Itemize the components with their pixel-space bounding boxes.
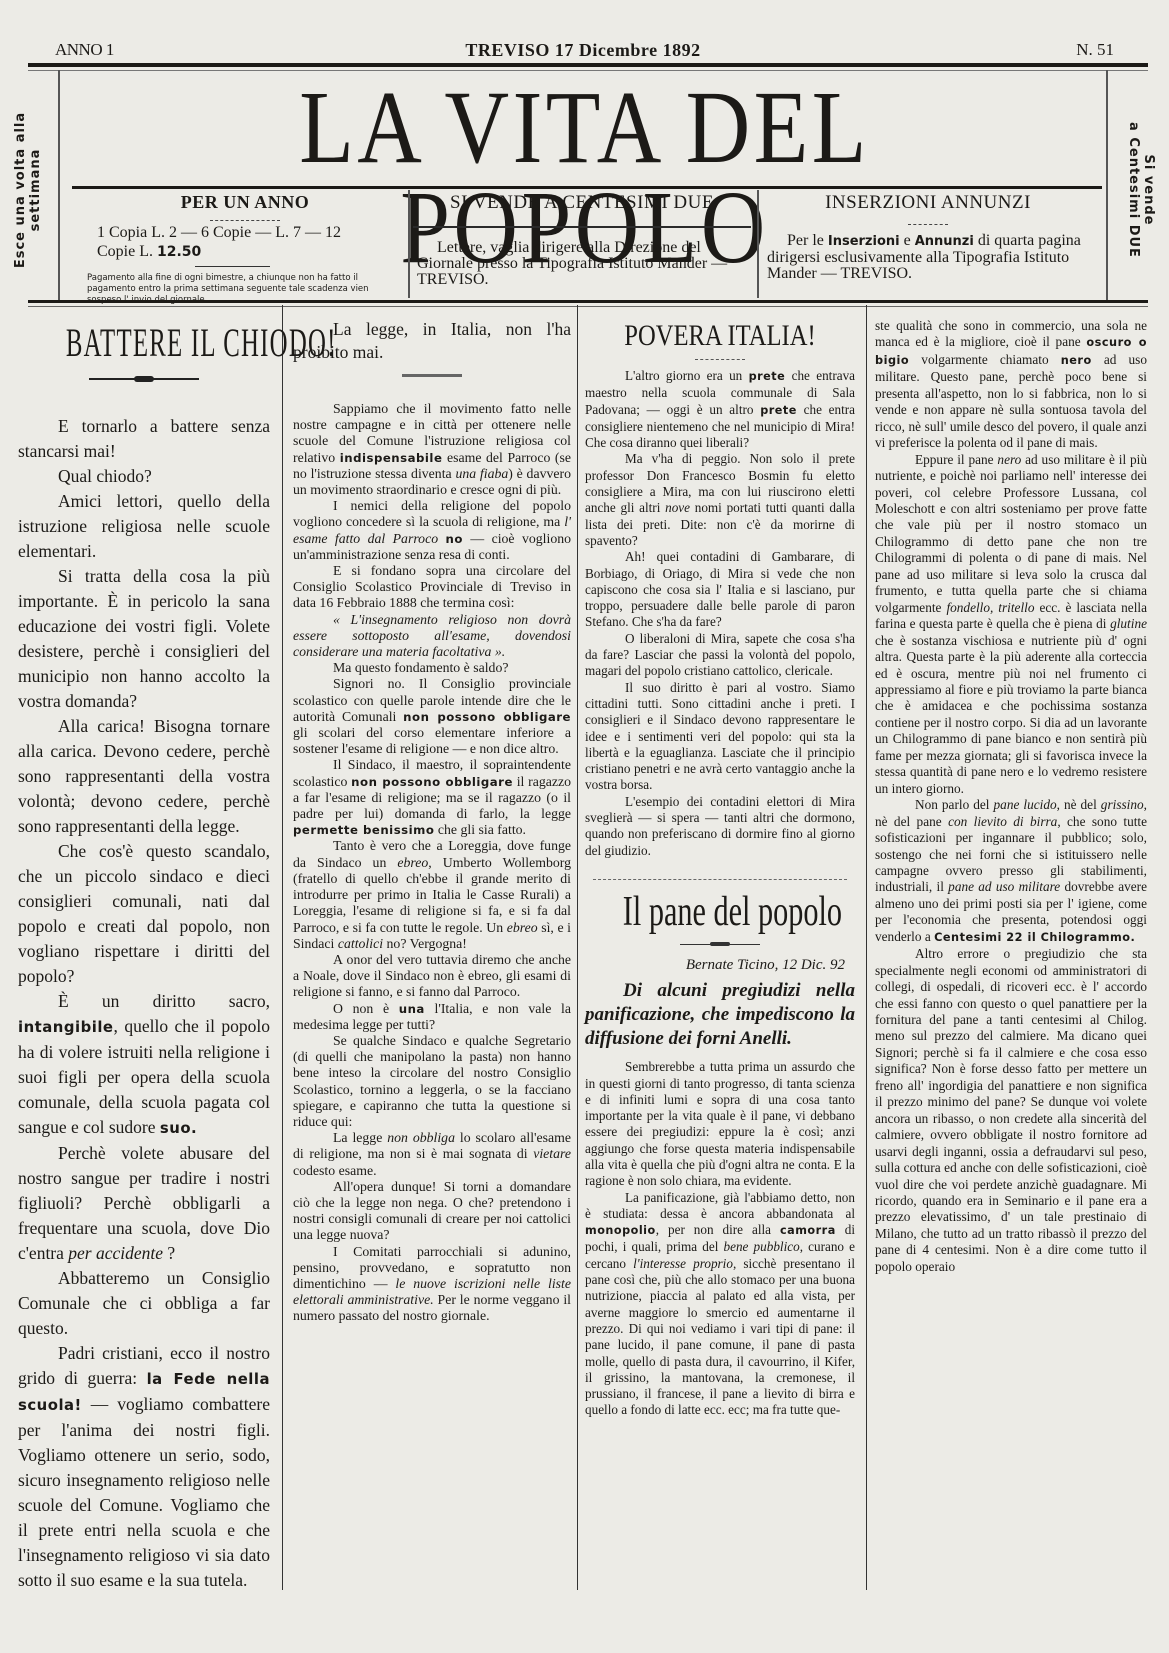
article-dateline: Bernate Ticino, 12 Dic. 92 bbox=[585, 957, 855, 973]
paragraph: Signori no. Il Consiglio provinciale sco… bbox=[293, 676, 571, 757]
column-separator bbox=[577, 305, 578, 1590]
paragraph: Sappiamo che il movimento fatto nelle no… bbox=[293, 401, 571, 498]
article-title: Il pane del popolo bbox=[623, 888, 817, 936]
info-divider-2 bbox=[757, 190, 759, 298]
title-underline bbox=[72, 186, 1102, 189]
ads-bold-term: Inserzioni bbox=[828, 234, 900, 249]
paragraph: Che cos'è questo scandalo, che un piccol… bbox=[18, 839, 270, 989]
italic-text: nero bbox=[997, 452, 1021, 467]
paragraph: I nemici della religione del popolo vogl… bbox=[293, 498, 571, 563]
paragraph: Ma v'ha di peggio. Non solo il prete pro… bbox=[585, 451, 855, 549]
ads-text: Per le Inserzioni e Annunzi di quarta pa… bbox=[763, 233, 1093, 282]
text: che gli sia fatto. bbox=[438, 822, 526, 837]
side-note-left-line1: Esce una volta alla bbox=[13, 112, 28, 268]
masthead-bottom-rule bbox=[28, 300, 1148, 303]
italic-text: glutine bbox=[1110, 616, 1147, 631]
text: ad uso militare è il più nutriente, e po… bbox=[875, 452, 1147, 615]
italic-text: vietare bbox=[533, 1146, 571, 1161]
italic-text: « L'insegnamento religioso non dovrà ess… bbox=[293, 612, 571, 659]
article-povera-italia: POVERA ITALIA! L'altro giorno era un pre… bbox=[585, 318, 855, 1419]
ornament-divider bbox=[89, 378, 199, 380]
bold-text: permette benissimo bbox=[293, 823, 434, 837]
paragraph: E si fondano sopra una circolare del Con… bbox=[293, 563, 571, 612]
side-note-right: Si vendea Centesimi DUE bbox=[1121, 80, 1161, 300]
subscription-prices: 1 Copia L. 2 — 6 Copie — L. 7 — 12 Copie… bbox=[85, 223, 405, 262]
price-line-1: 1 Copia L. 2 — 6 Copie — L. 7 — 12 bbox=[97, 224, 341, 241]
paragraph: Si tratta della cosa la più importante. … bbox=[18, 564, 270, 714]
paragraph: Perchè volete abusare del nostro sangue … bbox=[18, 1141, 270, 1266]
text: I nemici della religione del popolo vogl… bbox=[293, 498, 571, 529]
price-line-2-prefix: Copie L. bbox=[97, 243, 153, 260]
article-continuation-col2: La legge, in Italia, non l'ha proibito m… bbox=[293, 318, 571, 1325]
newspaper-title: LA VITA DEL POPOLO bbox=[155, 78, 1014, 178]
paragraph: Abbatteremo un Consiglio Comunale che ci… bbox=[18, 1266, 270, 1341]
ads-text-part: Per le bbox=[787, 232, 824, 249]
paragraph: Alla carica! Bisogna tornare alla carica… bbox=[18, 714, 270, 839]
paragraph: Sembrerebbe a tutta prima un assurdo che… bbox=[585, 1059, 855, 1189]
italic-text: cattolici bbox=[338, 936, 383, 951]
italic-text: pane ad uso militare bbox=[948, 879, 1060, 894]
quote: « L'insegnamento religioso non dovrà ess… bbox=[293, 612, 571, 661]
paragraph: All'opera dunque! Si torni a domandare c… bbox=[293, 1179, 571, 1244]
newspaper-page: ANNO 1 TREVISO 17 Dicembre 1892 N. 51 Es… bbox=[0, 0, 1169, 1653]
ads-box: INSERZIONI ANNUNZI Per le Inserzioni e A… bbox=[763, 190, 1093, 298]
italic-text: l'interesse proprio bbox=[633, 1256, 733, 1271]
text: È un diritto sacro, bbox=[58, 991, 270, 1011]
text: , nè del bbox=[1057, 797, 1097, 812]
italic-text: fondello, tritello bbox=[946, 600, 1034, 615]
paragraph: Il Sindaco, il maestro, il sopraintenden… bbox=[293, 757, 571, 838]
text: L'altro giorno era un bbox=[625, 368, 742, 383]
subscription-box: PER UN ANNO 1 Copia L. 2 — 6 Copie — L. … bbox=[85, 190, 405, 298]
bold-text: monopolio bbox=[585, 1224, 656, 1237]
side-note-right-line2: a Centesimi DUE bbox=[1126, 122, 1141, 258]
bold-text: intangibile bbox=[18, 1018, 114, 1036]
paragraph: O non è una l'Italia, e non vale la mede… bbox=[293, 1001, 571, 1033]
article-pane-continuation: ste qualità che sono in commercio, una s… bbox=[875, 318, 1147, 1275]
italic-text: una fiaba bbox=[455, 466, 508, 481]
text: Non parlo del bbox=[915, 797, 990, 812]
ornament bbox=[908, 220, 948, 225]
paragraph: E tornarlo a battere senza stancarsi mai… bbox=[18, 414, 270, 464]
italic-text: con lievito di birra bbox=[948, 814, 1057, 829]
bold-text: no bbox=[446, 532, 463, 546]
dateline: TREVISO 17 Dicembre 1892 bbox=[52, 40, 1114, 61]
italic-text: non obbliga bbox=[387, 1130, 455, 1145]
paragraph: Eppure il pane nero ad uso militare è il… bbox=[875, 452, 1147, 798]
paragraph: Non parlo del pane lucido, nè del grissi… bbox=[875, 797, 1147, 946]
divider bbox=[195, 266, 270, 267]
bold-text: suo. bbox=[160, 1119, 197, 1137]
column-separator bbox=[282, 305, 283, 1590]
bold-text: non possono obbligare bbox=[351, 775, 513, 789]
paragraph: Ma questo fondamento è saldo? bbox=[293, 660, 571, 676]
masthead-left-border bbox=[58, 70, 60, 302]
paragraph: ste qualità che sono in commercio, una s… bbox=[875, 318, 1147, 452]
issue-number: N. 51 bbox=[1076, 40, 1114, 60]
text: ? bbox=[167, 1243, 175, 1263]
sale-title: SI VENDE A CENTESIMI DUE bbox=[413, 190, 751, 214]
text: , per non dire alla bbox=[656, 1222, 771, 1237]
paragraph: O liberaloni di Mira, sapete che cosa s'… bbox=[585, 631, 855, 680]
paragraph: Qual chiodo? bbox=[18, 464, 270, 489]
divider bbox=[413, 226, 751, 228]
article-battere-il-chiodo: BATTERE IL CHIODO! E tornarlo a battere … bbox=[18, 318, 270, 1593]
info-row: PER UN ANNO 1 Copia L. 2 — 6 Copie — L. … bbox=[75, 190, 1097, 300]
side-note-left: Esce una volta allasettimana bbox=[8, 80, 48, 300]
text: La panificazione, già l'abbiamo detto, n… bbox=[585, 1190, 855, 1221]
info-divider-1 bbox=[408, 190, 410, 298]
bold-text: Centesimi 22 il Chilogrammo. bbox=[934, 931, 1135, 944]
bold-text: prete bbox=[749, 370, 786, 383]
paragraph: La panificazione, già l'abbiamo detto, n… bbox=[585, 1190, 855, 1419]
text: no? Vergogna! bbox=[387, 936, 467, 951]
bold-text: camorra bbox=[780, 1224, 836, 1237]
ads-title: INSERZIONI ANNUNZI bbox=[763, 190, 1093, 214]
text: La legge bbox=[333, 1130, 382, 1145]
text: , sicchè presentano il pane così che, pi… bbox=[585, 1256, 855, 1418]
paragraph: L'esempio dei contadini elettori di Mira… bbox=[585, 794, 855, 859]
side-note-right-line1: Si vende bbox=[1141, 154, 1156, 225]
paragraph: Tanto è vero che a Loreggia, dove funge … bbox=[293, 838, 571, 951]
italic-text: bene pubblico bbox=[724, 1239, 800, 1254]
issue-meta-line: ANNO 1 TREVISO 17 Dicembre 1892 N. 51 bbox=[52, 40, 1114, 64]
bold-text: nero bbox=[1061, 354, 1092, 367]
masthead-right-border bbox=[1106, 70, 1108, 302]
italic-text: nove bbox=[665, 500, 690, 515]
paragraph: Se qualche Sindaco e qualche Segretario … bbox=[293, 1033, 571, 1130]
text: volgarmente chiamato bbox=[921, 352, 1048, 367]
paragraph: L'altro giorno era un prete che entrava … bbox=[585, 368, 855, 451]
italic-text: ebreo bbox=[397, 855, 428, 870]
paragraph: È un diritto sacro, intangibile, quello … bbox=[18, 989, 270, 1141]
paragraph: Amici lettori, quello della istruzione r… bbox=[18, 489, 270, 564]
divider bbox=[402, 374, 462, 377]
text: che è sostanza vischiosa e nutriente più… bbox=[875, 633, 1147, 796]
paragraph: I Comitati parrocchiali si aduninо, pens… bbox=[293, 1244, 571, 1325]
paragraph: La legge non obbliga lo scolaro all'esam… bbox=[293, 1130, 571, 1179]
italic-text: ebreo bbox=[507, 920, 538, 935]
text: codesto esame. bbox=[293, 1163, 377, 1178]
ads-text-part: e bbox=[904, 232, 911, 249]
paragraph: Altro errore o pregiudizio che sta speci… bbox=[875, 946, 1147, 1275]
text: — vogliamo combattere per l'anima dei no… bbox=[18, 1394, 270, 1590]
top-rule bbox=[28, 63, 1148, 67]
text: Eppure il pane bbox=[915, 452, 994, 467]
ornament bbox=[210, 216, 280, 221]
subscription-title: PER UN ANNO bbox=[85, 190, 405, 213]
ornament bbox=[695, 356, 745, 360]
article-title: BATTERE IL CHIODO! bbox=[66, 318, 222, 368]
column-separator bbox=[866, 305, 867, 1590]
side-note-left-line2: settimana bbox=[28, 149, 43, 232]
paragraph-lead: La legge, in Italia, non l'ha proibito m… bbox=[293, 318, 571, 364]
sale-box: SI VENDE A CENTESIMI DUE Lettere, vaglia… bbox=[413, 190, 751, 298]
sale-text: Lettere, vaglia dirigere alla Direzione … bbox=[413, 240, 751, 288]
section-separator bbox=[593, 877, 847, 880]
ornament-divider bbox=[680, 944, 760, 945]
paragraph: Ah! quei contadini di Gambarare, di Borb… bbox=[585, 549, 855, 630]
paragraph: Padri cristiani, ecco il nostro grido di… bbox=[18, 1341, 270, 1593]
text: O non è bbox=[333, 1001, 389, 1016]
price-amount: 12.50 bbox=[157, 244, 201, 260]
italic-text: pane lucido bbox=[994, 797, 1057, 812]
paragraph: A onor del vero tuttavia diremo che anch… bbox=[293, 952, 571, 1001]
italic-text: grissino bbox=[1101, 797, 1144, 812]
bold-text: una bbox=[399, 1002, 425, 1016]
article-subtitle: Di alcuni pregiudizi nella panificazione… bbox=[585, 979, 855, 1051]
italic-text: per accidente bbox=[68, 1243, 163, 1263]
bold-text: non possono obbligare bbox=[403, 710, 571, 724]
bold-text: indispensabile bbox=[340, 451, 443, 465]
paragraph: Il suo diritto è pari al vostro. Siamo c… bbox=[585, 680, 855, 794]
masthead-bottom-rule-thin bbox=[28, 306, 1148, 307]
text: gli scolari del corso elementare inferio… bbox=[293, 725, 571, 756]
bold-text: prete bbox=[760, 404, 797, 417]
article-title: POVERA ITALIA! bbox=[609, 318, 830, 354]
ads-bold-term: Annunzi bbox=[915, 234, 974, 249]
